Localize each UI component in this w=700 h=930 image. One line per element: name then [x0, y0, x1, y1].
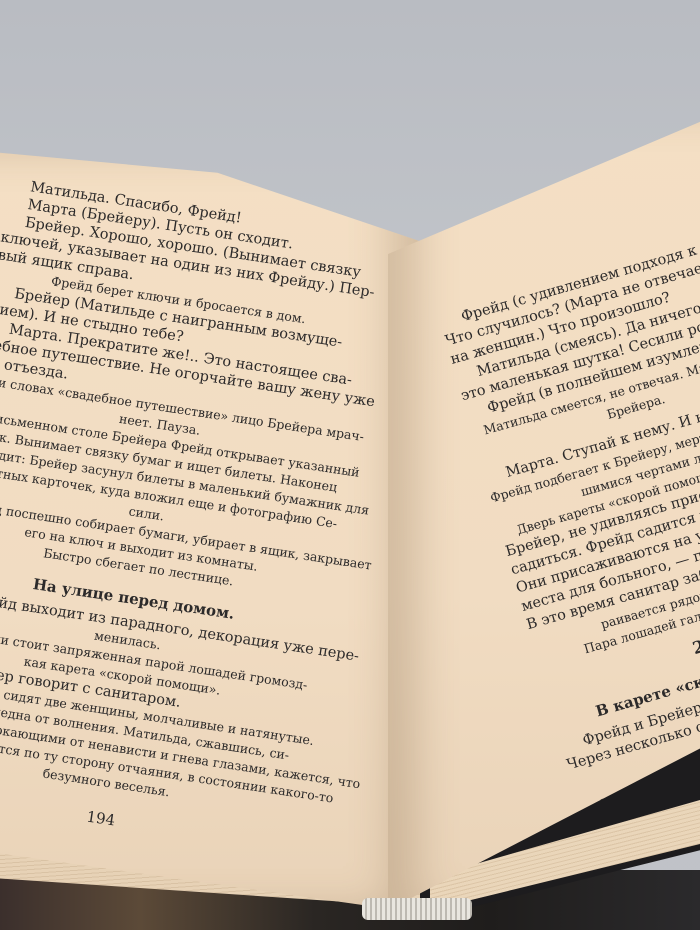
left-page-text: Матильда. Спасибо, Фрейд! Марта (Брейеру…	[0, 175, 376, 855]
spine-headband	[362, 898, 472, 920]
left-page: Матильда. Спасибо, Фрейд! Марта (Брейеру…	[0, 150, 420, 910]
book-photo: Матильда. Спасибо, Фрейд! Марта (Брейеру…	[0, 0, 700, 930]
